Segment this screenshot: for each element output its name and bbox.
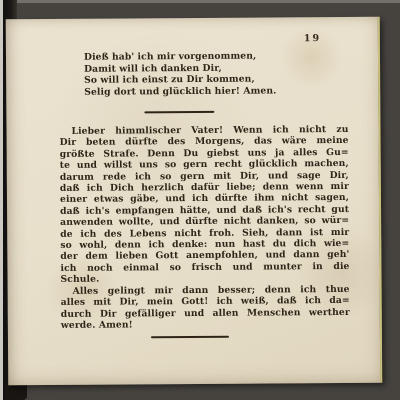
page-number: 19: [304, 33, 321, 44]
scanner-frame-top-edge: [0, 0, 400, 3]
book-page: 19 Dieß hab' ich mir vorgenommen,Damit w…: [6, 17, 383, 386]
prayer-text-line: ich noch einmal so frisch und munter in …: [60, 261, 349, 274]
morning-prayer-paragraph: Lieber himmlischer Vater! Wenn ich nicht…: [59, 124, 349, 286]
closing-text-line: durch Dir gefälliger und allen Menschen …: [61, 307, 350, 320]
opening-verse: Dieß hab' ich mir vorgenommen,Damit will…: [84, 50, 324, 98]
verse-line: Selig dort und glücklich hier! Amen.: [84, 85, 324, 98]
section-divider-rule-top: [144, 111, 214, 113]
closing-text-line: werde. Amen!: [61, 318, 350, 331]
section-divider-rule-bottom: [151, 336, 229, 339]
closing-paragraph: Alles gelingt mir dann besser; denn ich …: [61, 284, 350, 332]
